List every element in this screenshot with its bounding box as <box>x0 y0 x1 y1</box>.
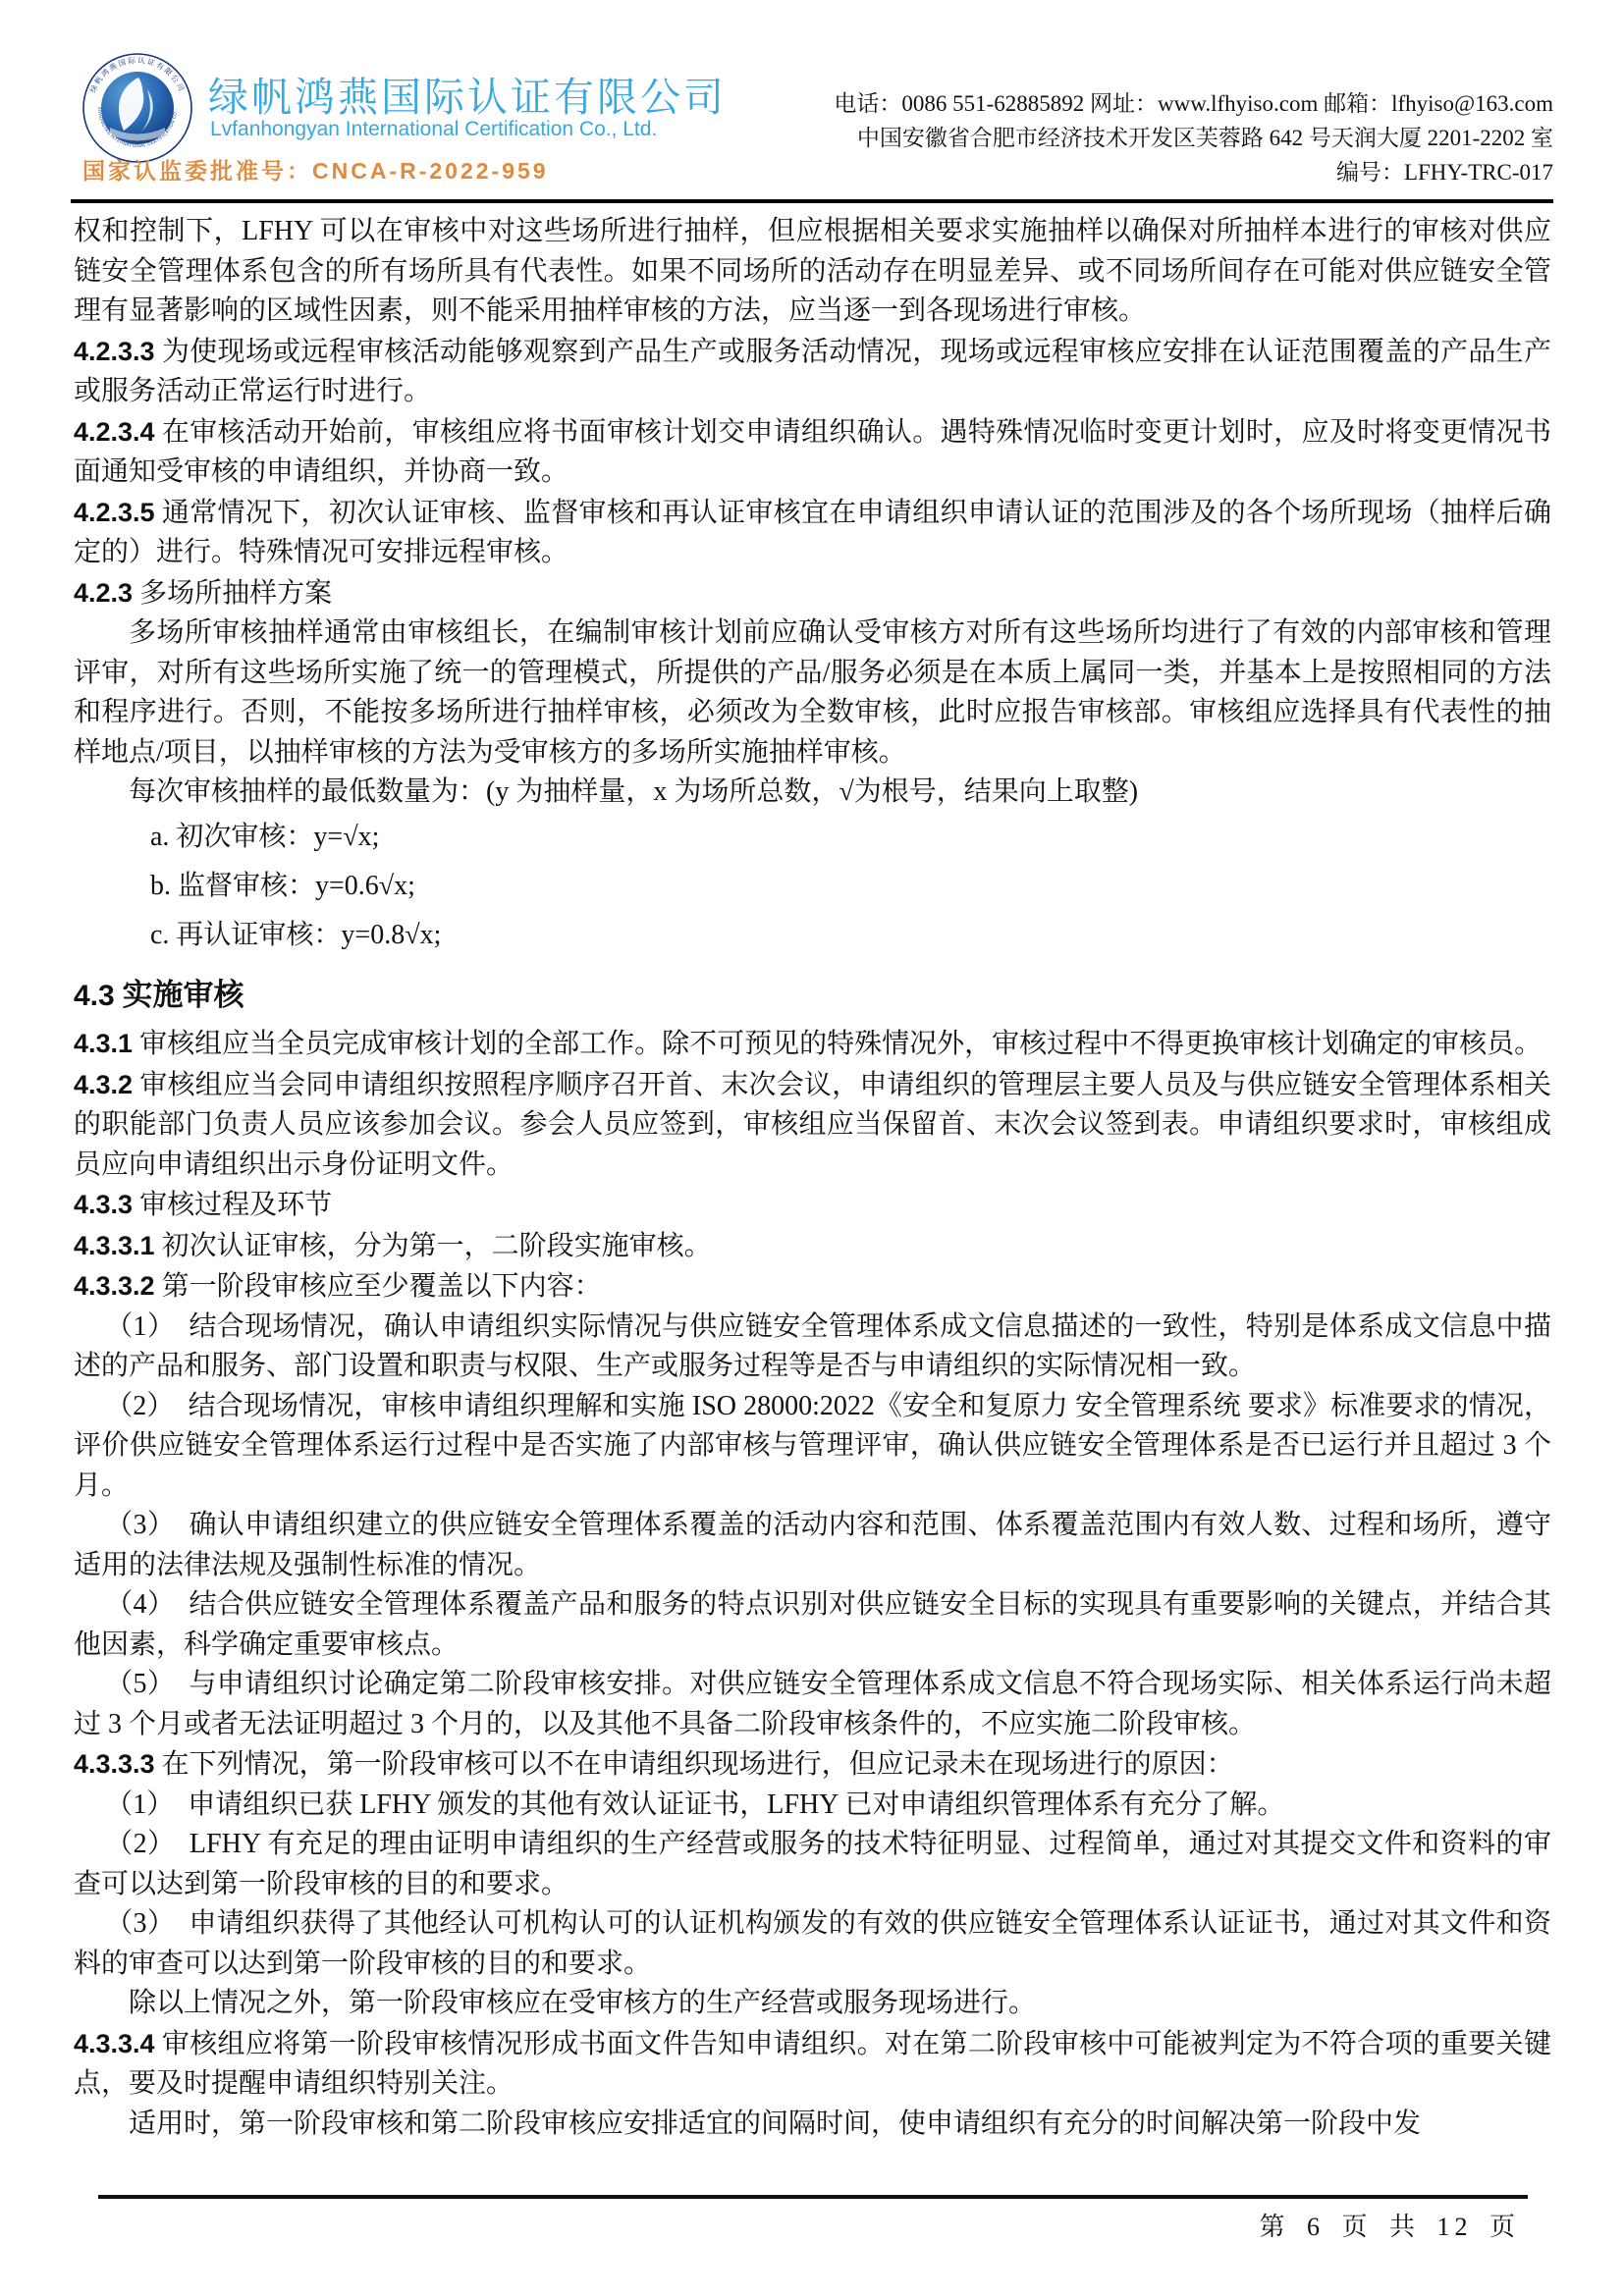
section-number: 4.2.3.5 <box>74 498 155 527</box>
paragraph-text: （1） 申请组织已获 LFHY 颁发的其他有效认证证书，LFHY 已对申请组织管… <box>105 1789 1284 1820</box>
paragraph-text: 审核组应当会同申请组织按照程序顺序召开首、末次会议，申请组织的管理层主要人员及与… <box>74 1070 1551 1180</box>
approval-number: 国家认监委批准号：CNCA-R-2022-959 <box>82 153 549 186</box>
section-number: 4.3 <box>74 980 115 1012</box>
paragraph-text: 适用时，第一阶段审核和第二阶段审核应安排适宜的间隔时间，使申请组织有充分的时间解… <box>129 2109 1421 2139</box>
paragraph-text: 审核组应当全员完成审核计划的全部工作。除不可预见的特殊情况外，审核过程中不得更换… <box>139 1029 1542 1059</box>
paragraph-text: 审核组应将第一阶段审核情况形成书面文件告知申请组织。对在第二阶段审核中可能被判定… <box>74 2029 1551 2100</box>
section-number: 4.3.2 <box>74 1070 133 1099</box>
company-name-en: Lvfanhongyan International Certification… <box>210 118 657 141</box>
section-number: 4.2.3 <box>74 578 133 608</box>
section-4.3.3: 4.3.3 审核过程及环节 <box>74 1185 1551 1226</box>
paragraph-text: 除以上情况之外，第一阶段审核应在受审核方的生产经营或服务现场进行。 <box>129 1988 1036 2018</box>
header-divider <box>71 199 1553 203</box>
section-4.3.3.3: 4.3.3.3 在下列情况，第一阶段审核可以不在申请组织现场进行，但应记录未在现… <box>74 1744 1551 1786</box>
section-number: 4.3.3 <box>74 1190 133 1219</box>
section-number: 4.3.3.3 <box>74 1749 155 1779</box>
paragraph-text: 在审核活动开始前，审核组应将书面审核计划交申请组织确认。遇特殊情况临时变更计划时… <box>74 417 1551 488</box>
company-name-zh: 绿帆鸿燕国际认证有限公司 <box>208 65 727 123</box>
paragraph-text: b. 监督审核：y=0.6√x; <box>150 871 415 901</box>
paragraph-text: c. 再认证审核：y=0.8√x; <box>150 920 441 950</box>
paragraph-text: 第一阶段审核应至少覆盖以下内容： <box>162 1271 602 1302</box>
section-number: 4.3.1 <box>74 1029 133 1058</box>
paragraph-text: 多场所抽样方案 <box>139 578 332 609</box>
paragraph-text: （3） 申请组织获得了其他经认可机构认可的认证机构颁发的有效的供应链安全管理体系… <box>74 1908 1551 1979</box>
paragraph-text: 在下列情况，第一阶段审核可以不在申请组织现场进行，但应记录未在现场进行的原因： <box>162 1749 1234 1780</box>
footer-divider <box>98 2195 1528 2199</box>
document-body: 权和控制下，LFHY 可以在审核中对这些场所进行抽样，但应根据相关要求实施抽样以… <box>74 212 1551 2181</box>
company-logo-icon: 绿帆鸿燕国际认证有限公司 LVFANHONGYAN INTERNATIONAL … <box>81 51 194 165</box>
header-contact-block: 电话：0086 551-62885892 网址：www.lfhyiso.com … <box>834 86 1553 189</box>
section-4.2.3.5: 4.2.3.5 通常情况下，初次认证审核、监督审核和再认证审核宜在申请组织申请认… <box>74 493 1551 573</box>
section-4.3.1: 4.3.1 审核组应当全员完成审核计划的全部工作。除不可预见的特殊情况外，审核过… <box>74 1024 1551 1065</box>
section-4.2.3.4: 4.2.3.4 在审核活动开始前，审核组应将书面审核计划交申请组织确认。遇特殊情… <box>74 412 1551 493</box>
paragraph: （3） 申请组织获得了其他经认可机构认可的认证机构颁发的有效的供应链安全管理体系… <box>74 1904 1551 1984</box>
paragraph-text: （5） 与申请组织讨论确定第二阶段审核安排。对供应链安全管理体系成文信息不符合现… <box>74 1669 1551 1739</box>
section-4.2.3: 4.2.3 多场所抽样方案 <box>74 573 1551 614</box>
paragraph-text: a. 初次审核：y=√x; <box>150 822 379 852</box>
paragraph: 每次审核抽样的最低数量为：(y 为抽样量，x 为场所总数，√为根号，结果向上取整… <box>74 773 1551 813</box>
paragraph: b. 监督审核：y=0.6√x; <box>74 862 1551 911</box>
paragraph: （1） 结合现场情况，确认申请组织实际情况与供应链安全管理体系成文信息描述的一致… <box>74 1308 1551 1387</box>
paragraph-text: （2） 结合现场情况，审核申请组织理解和实施 ISO 28000:2022《安全… <box>74 1391 1551 1501</box>
paragraph: （5） 与申请组织讨论确定第二阶段审核安排。对供应链安全管理体系成文信息不符合现… <box>74 1665 1551 1744</box>
paragraph-text: （1） 结合现场情况，确认申请组织实际情况与供应链安全管理体系成文信息描述的一致… <box>74 1311 1551 1382</box>
section-number: 4.2.3.3 <box>74 337 155 366</box>
paragraph-text: （3） 确认申请组织建立的供应链安全管理体系覆盖的活动内容和范围、体系覆盖范围内… <box>74 1510 1551 1580</box>
paragraph: （1） 申请组织已获 LFHY 颁发的其他有效认证证书，LFHY 已对申请组织管… <box>74 1786 1551 1826</box>
paragraph: （2） 结合现场情况，审核申请组织理解和实施 ISO 28000:2022《安全… <box>74 1387 1551 1507</box>
paragraph-text: 初次认证审核，分为第一，二阶段实施审核。 <box>162 1231 712 1261</box>
document-page: 绿帆鸿燕国际认证有限公司 LVFANHONGYAN INTERNATIONAL … <box>0 0 1624 2296</box>
paragraph: （3） 确认申请组织建立的供应链安全管理体系覆盖的活动内容和范围、体系覆盖范围内… <box>74 1506 1551 1585</box>
paragraph: 除以上情况之外，第一阶段审核应在受审核方的生产经营或服务现场进行。 <box>74 1984 1551 2024</box>
address-line: 中国安徽省合肥市经济技术开发区芙蓉路 642 号天润大厦 2201-2202 室 <box>834 121 1553 155</box>
paragraph-text: （4） 结合供应链安全管理体系覆盖产品和服务的特点识别对供应链安全目标的实现具有… <box>74 1589 1551 1660</box>
logo-emblem-icon: 绿帆鸿燕国际认证有限公司 LVFANHONGYAN INTERNATIONAL … <box>81 51 194 165</box>
paragraph-text: 权和控制下，LFHY 可以在审核中对这些场所进行抽样，但应根据相关要求实施抽样以… <box>74 216 1551 326</box>
paragraph-text: 审核过程及环节 <box>139 1190 332 1220</box>
paragraph-text: 多场所审核抽样通常由审核组长，在编制审核计划前应确认受审核方对所有这些场所均进行… <box>74 617 1551 768</box>
section-number: 4.3.3.4 <box>74 2029 155 2058</box>
paragraph-text: 通常情况下，初次认证审核、监督审核和再认证审核宜在申请组织申请认证的范围涉及的各… <box>74 498 1551 568</box>
section-4.2.3.3: 4.2.3.3 为使现场或远程审核活动能够观察到产品生产或服务活动情况，现场或远… <box>74 332 1551 412</box>
paragraph: （4） 结合供应链安全管理体系覆盖产品和服务的特点识别对供应链安全目标的实现具有… <box>74 1585 1551 1665</box>
contact-line: 电话：0086 551-62885892 网址：www.lfhyiso.com … <box>834 86 1553 121</box>
paragraph-text: 为使现场或远程审核活动能够观察到产品生产或服务活动情况，现场或远程审核应安排在认… <box>74 337 1551 407</box>
page-number: 第 6 页 共 12 页 <box>1259 2207 1520 2243</box>
section-number: 4.3.3.2 <box>74 1271 155 1301</box>
section-4.3.3.1: 4.3.3.1 初次认证审核，分为第一，二阶段实施审核。 <box>74 1226 1551 1267</box>
section-4.3.3.4: 4.3.3.4 审核组应将第一阶段审核情况形成书面文件告知申请组织。对在第二阶段… <box>74 2024 1551 2105</box>
section-number: 4.3.3.1 <box>74 1231 155 1260</box>
paragraph-text: 实施审核 <box>122 978 244 1012</box>
doc-number: 编号：LFHY-TRC-017 <box>834 155 1553 189</box>
section-4.3: 4.3 实施审核 <box>74 976 1551 1017</box>
section-4.3.3.2: 4.3.3.2 第一阶段审核应至少覆盖以下内容： <box>74 1266 1551 1308</box>
paragraph-text: 每次审核抽样的最低数量为：(y 为抽样量，x 为场所总数，√为根号，结果向上取整… <box>129 776 1138 807</box>
paragraph-text: （2） LFHY 有充足的理由证明申请组织的生产经营或服务的技术特征明显、过程简… <box>74 1829 1551 1899</box>
paragraph: c. 再认证审核：y=0.8√x; <box>74 911 1551 960</box>
paragraph: a. 初次审核：y=√x; <box>74 813 1551 862</box>
paragraph: 多场所审核抽样通常由审核组长，在编制审核计划前应确认受审核方对所有这些场所均进行… <box>74 614 1551 773</box>
paragraph: （2） LFHY 有充足的理由证明申请组织的生产经营或服务的技术特征明显、过程简… <box>74 1825 1551 1904</box>
paragraph: 适用时，第一阶段审核和第二阶段审核应安排适宜的间隔时间，使申请组织有充分的时间解… <box>74 2105 1551 2145</box>
paragraph: 权和控制下，LFHY 可以在审核中对这些场所进行抽样，但应根据相关要求实施抽样以… <box>74 212 1551 332</box>
section-4.3.2: 4.3.2 审核组应当会同申请组织按照程序顺序召开首、末次会议，申请组织的管理层… <box>74 1065 1551 1186</box>
section-number: 4.2.3.4 <box>74 417 155 447</box>
